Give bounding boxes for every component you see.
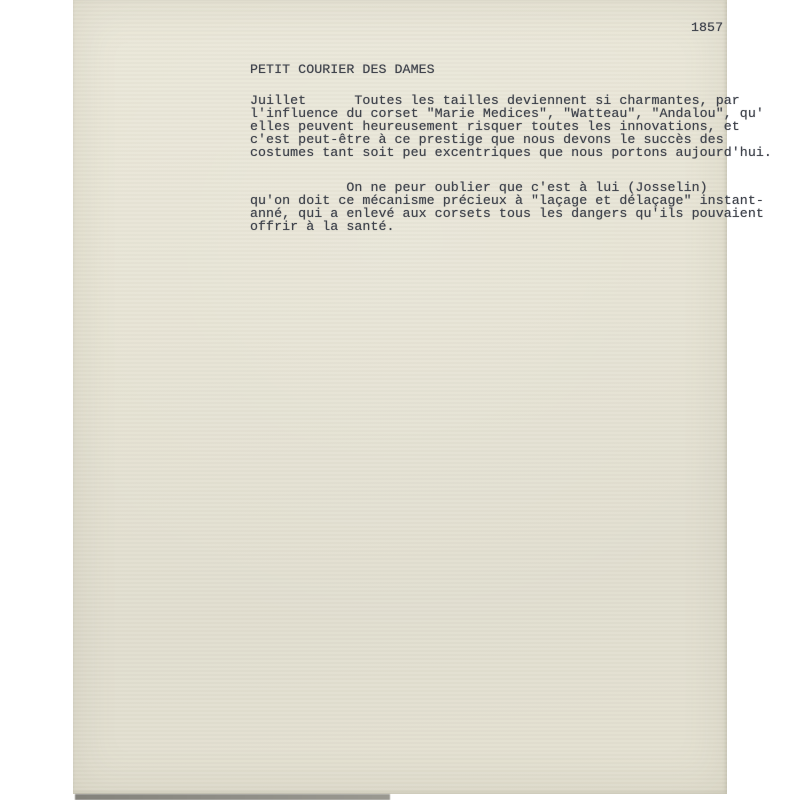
document-title: PETIT COURIER DES DAMES [250,64,435,77]
scan-viewer: { "document": { "page_number": "1857", "… [0,0,800,800]
paragraph-juillet: Juillet Toutes les tailles deviennent si… [250,95,772,160]
scan-edge-shadow [75,794,390,800]
scanned-document-page: 1857 PETIT COURIER DES DAMES Juillet Tou… [73,0,727,794]
paragraph-josselin: On ne peur oublier que c'est à lui (Joss… [250,182,764,234]
page-number: 1857 [691,22,723,35]
